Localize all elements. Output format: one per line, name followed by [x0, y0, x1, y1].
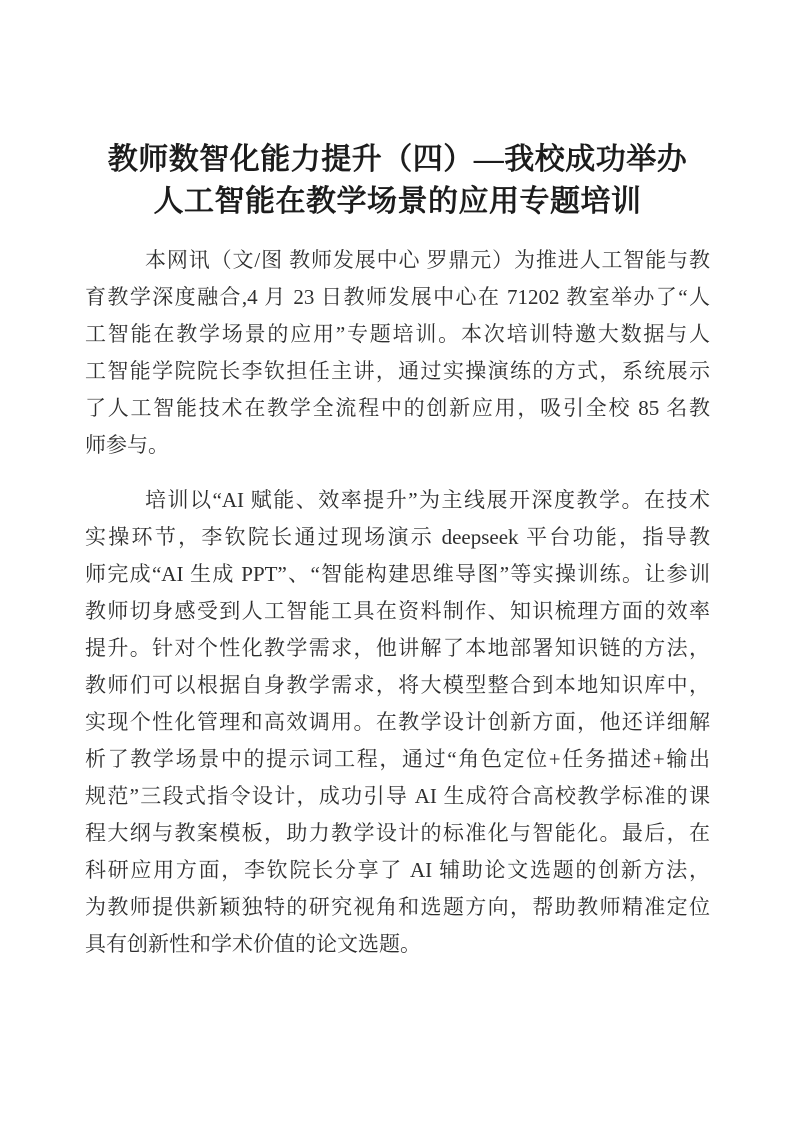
- title-line: 人工智能在教学场景的应用专题培训: [85, 181, 710, 223]
- paragraph-line: 教师切身感受到人工智能工具在资料制作、知识梳理方面的效率: [85, 593, 710, 630]
- paragraph-training-details: 培训以“AI 赋能、效率提升”为主线展开深度教学。在技术实操环节，李钦院长通过现…: [85, 482, 710, 963]
- paragraph-line: 提升。针对个性化教学需求，他讲解了本地部署知识链的方法，: [85, 630, 710, 667]
- title-line: 教师数智化能力提升（四）—我校成功举办: [85, 139, 710, 181]
- paragraph-line: 规范”三段式指令设计，成功引导 AI 生成符合高校教学标准的课: [85, 778, 710, 815]
- paragraph-line: 育教学深度融合,4 月 23 日教师发展中心在 71202 教室举办了“人: [85, 279, 710, 316]
- paragraph-line: 工智能在教学场景的应用”专题培训。本次培训特邀大数据与人: [85, 316, 710, 353]
- document-content: 教师数智化能力提升（四）—我校成功举办人工智能在教学场景的应用专题培训 本网讯（…: [85, 139, 710, 963]
- paragraph-line: 实操环节，李钦院长通过现场演示 deepseek 平台功能，指导教: [85, 519, 710, 556]
- paragraph-line: 程大纲与教案模板，助力教学设计的标准化与智能化。最后，在: [85, 815, 710, 852]
- paragraph-intro: 本网讯（文/图 教师发展中心 罗鼎元）为推进人工智能与教育教学深度融合,4 月 …: [85, 242, 710, 464]
- document-page: 教师数智化能力提升（四）—我校成功举办人工智能在教学场景的应用专题培训 本网讯（…: [0, 0, 793, 1122]
- paragraph-line: 本网讯（文/图 教师发展中心 罗鼎元）为推进人工智能与教: [85, 242, 710, 279]
- paragraph-line: 实现个性化管理和高效调用。在教学设计创新方面，他还详细解: [85, 704, 710, 741]
- paragraph-line: 具有创新性和学术价值的论文选题。: [85, 926, 710, 963]
- paragraph-line: 师参与。: [85, 427, 710, 464]
- paragraph-line: 培训以“AI 赋能、效率提升”为主线展开深度教学。在技术: [85, 482, 710, 519]
- paragraph-line: 析了教学场景中的提示词工程，通过“角色定位+任务描述+输出: [85, 741, 710, 778]
- paragraph-line: 了人工智能技术在教学全流程中的创新应用，吸引全校 85 名教: [85, 390, 710, 427]
- paragraph-line: 工智能学院院长李钦担任主讲，通过实操演练的方式，系统展示: [85, 353, 710, 390]
- paragraph-line: 科研应用方面，李钦院长分享了 AI 辅助论文选题的创新方法，: [85, 852, 710, 889]
- paragraph-line: 为教师提供新颖独特的研究视角和选题方向，帮助教师精准定位: [85, 889, 710, 926]
- paragraph-line: 教师们可以根据自身教学需求，将大模型整合到本地知识库中，: [85, 667, 710, 704]
- paragraph-line: 师完成“AI 生成 PPT”、“智能构建思维导图”等实操训练。让参训: [85, 556, 710, 593]
- document-title: 教师数智化能力提升（四）—我校成功举办人工智能在教学场景的应用专题培训: [85, 139, 710, 223]
